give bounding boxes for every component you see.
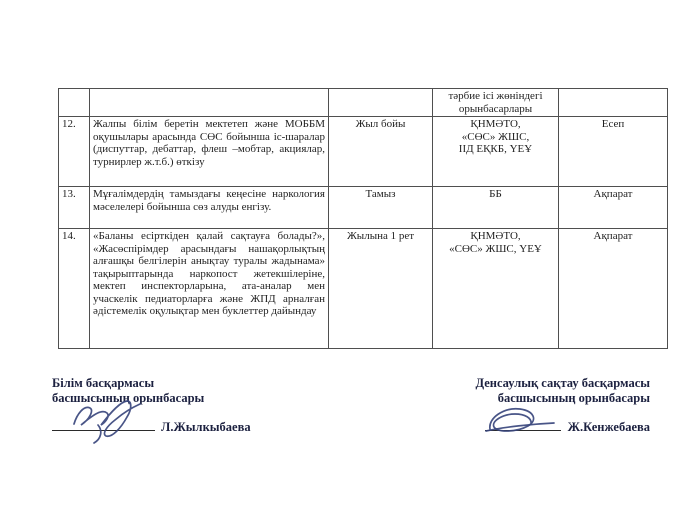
row-number-cell bbox=[59, 89, 90, 117]
output-cell: Ақпарат bbox=[559, 187, 668, 229]
table-row-continuation: тәрбие ісі жөніндегі орынбасарлары bbox=[59, 89, 668, 117]
signatory-name: Л.Жылкыбаева bbox=[161, 420, 251, 434]
activity-cell bbox=[90, 89, 329, 117]
activity-cell: Жалпы білім беретін мектетеп және МОББМ … bbox=[90, 117, 329, 187]
activity-cell: Мұғалімдердің тамыздағы кеңесіне нарколо… bbox=[90, 187, 329, 229]
row-number-cell: 14. bbox=[59, 229, 90, 349]
signature-org-title: Денсаулық сақтау басқармасы bbox=[408, 376, 650, 391]
signature-line bbox=[485, 417, 561, 431]
output-cell: Есеп bbox=[559, 117, 668, 187]
timing-cell bbox=[329, 89, 433, 117]
scanned-document-page: тәрбие ісі жөніндегі орынбасарлары 12. Ж… bbox=[0, 0, 700, 508]
signature-line bbox=[52, 417, 155, 431]
timing-cell: Жыл бойы bbox=[329, 117, 433, 187]
timing-cell: Жылына 1 рет bbox=[329, 229, 433, 349]
output-cell bbox=[559, 89, 668, 117]
responsible-cell: ББ bbox=[433, 187, 559, 229]
signatory-name: Ж.Кенжебаева bbox=[568, 420, 650, 434]
table-row: 13. Мұғалімдердің тамыздағы кеңесіне нар… bbox=[59, 187, 668, 229]
output-cell: Ақпарат bbox=[559, 229, 668, 349]
table-row: 14. «Баланы есірткіден қалай сақтауға бо… bbox=[59, 229, 668, 349]
signature-name-row: Ж.Кенжебаева bbox=[408, 417, 650, 435]
signature-block-health: Денсаулық сақтау басқармасы басшысының о… bbox=[408, 376, 650, 435]
responsible-cell: ҚНМӘТО, «СӨС» ЖШС, ҮЕҰ bbox=[433, 229, 559, 349]
signature-org-title: Білім басқармасы bbox=[52, 376, 251, 391]
table-row: 12. Жалпы білім беретін мектетеп және МО… bbox=[59, 117, 668, 187]
signature-role: басшысының орынбасары bbox=[408, 391, 650, 406]
signature-name-row: Л.Жылкыбаева bbox=[52, 417, 251, 435]
responsible-cell: ҚНМӘТО, «СӨС» ЖШС, ІІД ЕҚКБ, ҮЕҰ bbox=[433, 117, 559, 187]
action-plan-table: тәрбие ісі жөніндегі орынбасарлары 12. Ж… bbox=[58, 88, 642, 349]
row-number-cell: 12. bbox=[59, 117, 90, 187]
responsible-cell: тәрбие ісі жөніндегі орынбасарлары bbox=[433, 89, 559, 117]
signature-role: басшысының орынбасары bbox=[52, 391, 251, 406]
activity-cell: «Баланы есірткіден қалай сақтауға болады… bbox=[90, 229, 329, 349]
timing-cell: Тамыз bbox=[329, 187, 433, 229]
signature-block-education: Білім басқармасы басшысының орынбасары Л… bbox=[52, 376, 251, 435]
row-number-cell: 13. bbox=[59, 187, 90, 229]
